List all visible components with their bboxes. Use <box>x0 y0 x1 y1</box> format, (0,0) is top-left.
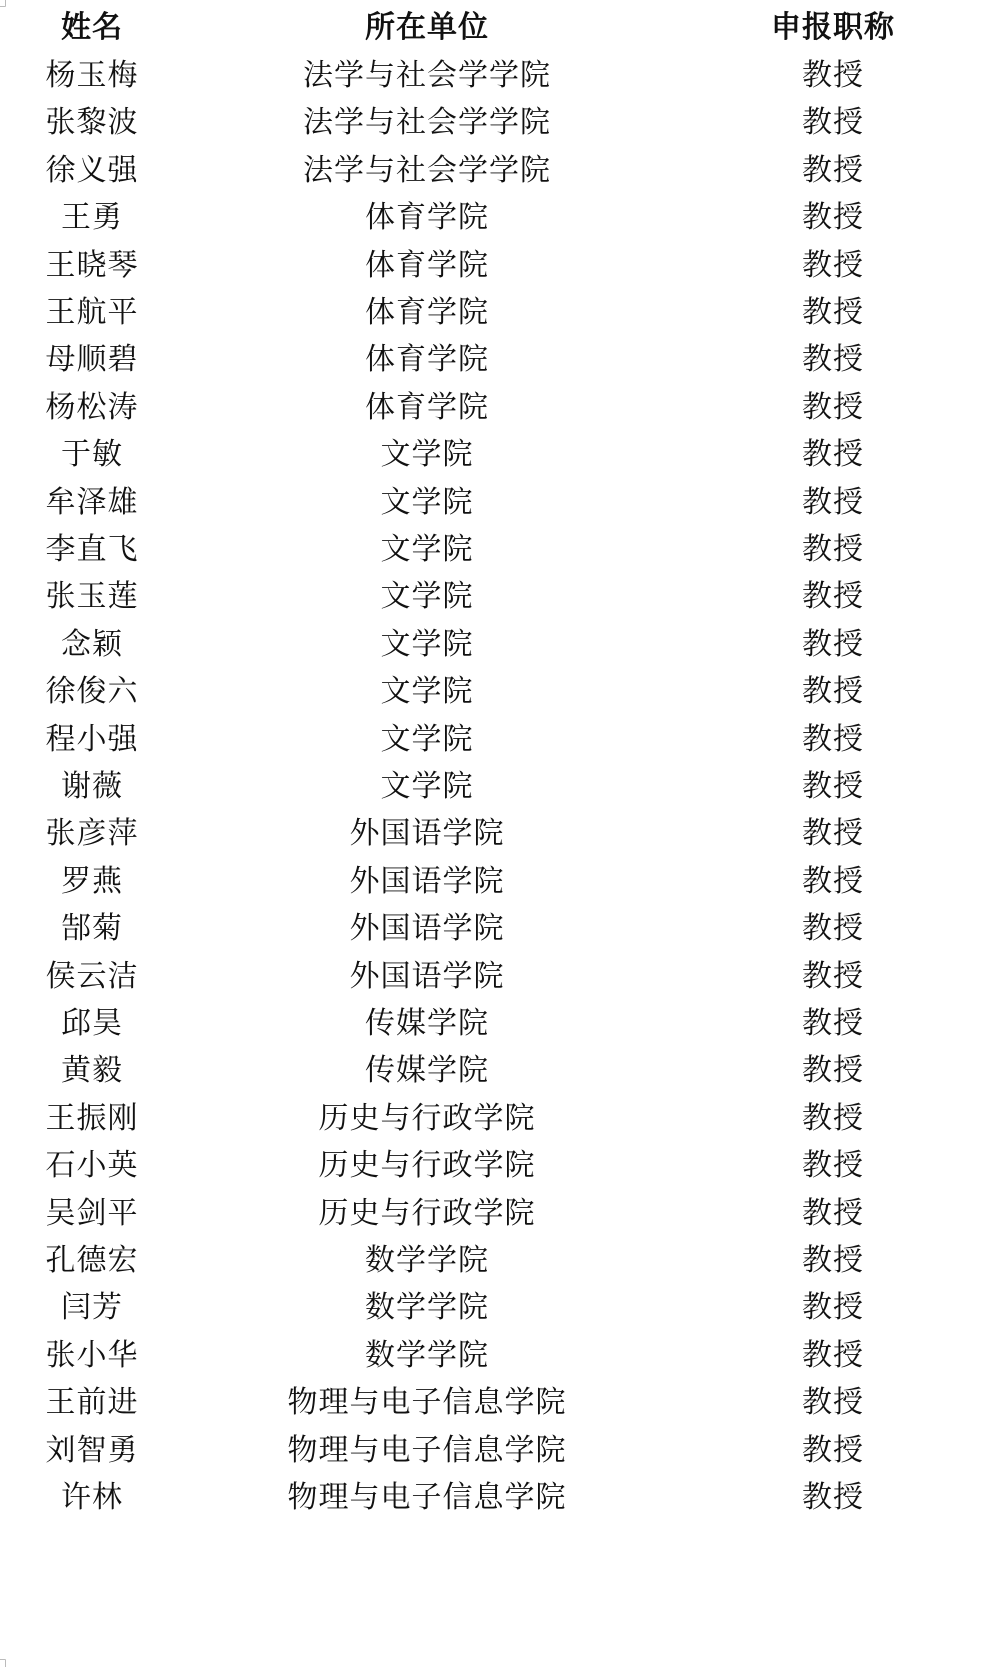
cell-unit: 外国语学院 <box>227 810 627 857</box>
table-row: 念颖文学院教授 <box>0 621 997 668</box>
cell-unit: 物理与电子信息学院 <box>227 1379 627 1426</box>
cell-title: 教授 <box>753 194 913 241</box>
cell-title: 教授 <box>753 431 913 478</box>
cell-unit: 数学学院 <box>227 1284 627 1331</box>
cell-title: 教授 <box>753 52 913 99</box>
cell-name: 杨松涛 <box>12 384 172 431</box>
cell-title: 教授 <box>753 1237 913 1284</box>
cell-title: 教授 <box>753 99 913 146</box>
cell-title: 教授 <box>753 1095 913 1142</box>
cell-title: 教授 <box>753 668 913 715</box>
cell-title: 教授 <box>753 1379 913 1426</box>
cell-name: 黄毅 <box>12 1047 172 1094</box>
cell-unit: 历史与行政学院 <box>227 1095 627 1142</box>
cell-name: 张玉莲 <box>12 573 172 620</box>
table-row: 张小华数学学院教授 <box>0 1332 997 1379</box>
cell-unit: 文学院 <box>227 526 627 573</box>
cell-name: 邱昊 <box>12 1000 172 1047</box>
cell-title: 教授 <box>753 905 913 952</box>
cell-title: 教授 <box>753 573 913 620</box>
table-row: 李直飞文学院教授 <box>0 526 997 573</box>
cell-unit: 文学院 <box>227 716 627 763</box>
cell-name: 于敏 <box>12 431 172 478</box>
table-row: 王晓琴体育学院教授 <box>0 242 997 289</box>
cell-name: 徐俊六 <box>12 668 172 715</box>
table-row: 牟泽雄文学院教授 <box>0 479 997 526</box>
table-row: 于敏文学院教授 <box>0 431 997 478</box>
cell-unit: 法学与社会学学院 <box>227 52 627 99</box>
table-row: 许林物理与电子信息学院教授 <box>0 1474 997 1521</box>
cell-title: 教授 <box>753 1474 913 1521</box>
table-row: 侯云洁外国语学院教授 <box>0 953 997 1000</box>
cell-title: 教授 <box>753 1142 913 1189</box>
cell-title: 教授 <box>753 763 913 810</box>
cell-unit: 历史与行政学院 <box>227 1190 627 1237</box>
table-row: 张彦萍外国语学院教授 <box>0 810 997 857</box>
cell-unit: 法学与社会学学院 <box>227 99 627 146</box>
table-row: 张黎波法学与社会学学院教授 <box>0 99 997 146</box>
cell-name: 王前进 <box>12 1379 172 1426</box>
cell-name: 张彦萍 <box>12 810 172 857</box>
cell-name: 吴剑平 <box>12 1190 172 1237</box>
cell-title: 教授 <box>753 1427 913 1474</box>
cell-unit: 数学学院 <box>227 1237 627 1284</box>
cell-title: 教授 <box>753 858 913 905</box>
cell-unit: 外国语学院 <box>227 858 627 905</box>
table-row: 吴剑平历史与行政学院教授 <box>0 1190 997 1237</box>
cell-unit: 体育学院 <box>227 242 627 289</box>
table-row: 罗燕外国语学院教授 <box>0 858 997 905</box>
header-title: 申报职称 <box>753 4 913 51</box>
cell-unit: 外国语学院 <box>227 905 627 952</box>
cell-unit: 体育学院 <box>227 194 627 241</box>
cell-name: 郜菊 <box>12 905 172 952</box>
table-row: 王勇体育学院教授 <box>0 194 997 241</box>
cell-name: 石小英 <box>12 1142 172 1189</box>
cell-title: 教授 <box>753 147 913 194</box>
table-row: 王前进物理与电子信息学院教授 <box>0 1379 997 1426</box>
cell-name: 徐义强 <box>12 147 172 194</box>
cell-unit: 文学院 <box>227 431 627 478</box>
cell-name: 母顺碧 <box>12 336 172 383</box>
table-row: 王航平体育学院教授 <box>0 289 997 336</box>
cell-unit: 文学院 <box>227 573 627 620</box>
cell-title: 教授 <box>753 384 913 431</box>
cell-unit: 体育学院 <box>227 289 627 336</box>
table-row: 闫芳数学学院教授 <box>0 1284 997 1331</box>
cell-unit: 法学与社会学学院 <box>227 147 627 194</box>
table-row: 石小英历史与行政学院教授 <box>0 1142 997 1189</box>
table-row: 刘智勇物理与电子信息学院教授 <box>0 1427 997 1474</box>
cell-name: 张小华 <box>12 1332 172 1379</box>
cell-unit: 物理与电子信息学院 <box>227 1474 627 1521</box>
table-row: 徐义强法学与社会学学院教授 <box>0 147 997 194</box>
cell-unit: 物理与电子信息学院 <box>227 1427 627 1474</box>
cell-unit: 文学院 <box>227 479 627 526</box>
cell-title: 教授 <box>753 1000 913 1047</box>
page-corner-mark <box>0 1659 6 1667</box>
cell-name: 闫芳 <box>12 1284 172 1331</box>
cell-unit: 历史与行政学院 <box>227 1142 627 1189</box>
cell-name: 孔德宏 <box>12 1237 172 1284</box>
cell-name: 念颖 <box>12 621 172 668</box>
table-row: 母顺碧体育学院教授 <box>0 336 997 383</box>
cell-name: 谢薇 <box>12 763 172 810</box>
cell-name: 王晓琴 <box>12 242 172 289</box>
table-row: 张玉莲文学院教授 <box>0 573 997 620</box>
cell-name: 程小强 <box>12 716 172 763</box>
cell-title: 教授 <box>753 953 913 1000</box>
cell-name: 王航平 <box>12 289 172 336</box>
cell-title: 教授 <box>753 1284 913 1331</box>
cell-title: 教授 <box>753 621 913 668</box>
cell-name: 杨玉梅 <box>12 52 172 99</box>
cell-name: 张黎波 <box>12 99 172 146</box>
cell-title: 教授 <box>753 1047 913 1094</box>
cell-unit: 传媒学院 <box>227 1000 627 1047</box>
cell-name: 侯云洁 <box>12 953 172 1000</box>
cell-name: 刘智勇 <box>12 1427 172 1474</box>
table-row: 谢薇文学院教授 <box>0 763 997 810</box>
table-row: 杨玉梅法学与社会学学院教授 <box>0 52 997 99</box>
table-row: 孔德宏数学学院教授 <box>0 1237 997 1284</box>
header-name: 姓名 <box>12 4 172 51</box>
cell-name: 李直飞 <box>12 526 172 573</box>
cell-name: 许林 <box>12 1474 172 1521</box>
cell-unit: 文学院 <box>227 763 627 810</box>
cell-title: 教授 <box>753 1190 913 1237</box>
cell-title: 教授 <box>753 1332 913 1379</box>
cell-title: 教授 <box>753 526 913 573</box>
cell-unit: 体育学院 <box>227 336 627 383</box>
cell-name: 王振刚 <box>12 1095 172 1142</box>
cell-title: 教授 <box>753 716 913 763</box>
cell-name: 王勇 <box>12 194 172 241</box>
table-header-row: 姓名 所在单位 申报职称 <box>0 4 997 51</box>
cell-title: 教授 <box>753 479 913 526</box>
cell-unit: 文学院 <box>227 621 627 668</box>
table-row: 程小强文学院教授 <box>0 716 997 763</box>
cell-unit: 体育学院 <box>227 384 627 431</box>
cell-title: 教授 <box>753 336 913 383</box>
cell-title: 教授 <box>753 810 913 857</box>
table-row: 黄毅传媒学院教授 <box>0 1047 997 1094</box>
cell-unit: 传媒学院 <box>227 1047 627 1094</box>
cell-title: 教授 <box>753 289 913 336</box>
cell-unit: 外国语学院 <box>227 953 627 1000</box>
cell-unit: 文学院 <box>227 668 627 715</box>
table-row: 邱昊传媒学院教授 <box>0 1000 997 1047</box>
table-row: 王振刚历史与行政学院教授 <box>0 1095 997 1142</box>
table-row: 杨松涛体育学院教授 <box>0 384 997 431</box>
table-row: 徐俊六文学院教授 <box>0 668 997 715</box>
cell-unit: 数学学院 <box>227 1332 627 1379</box>
header-unit: 所在单位 <box>227 4 627 51</box>
cell-title: 教授 <box>753 242 913 289</box>
cell-name: 牟泽雄 <box>12 479 172 526</box>
table-row: 郜菊外国语学院教授 <box>0 905 997 952</box>
cell-name: 罗燕 <box>12 858 172 905</box>
